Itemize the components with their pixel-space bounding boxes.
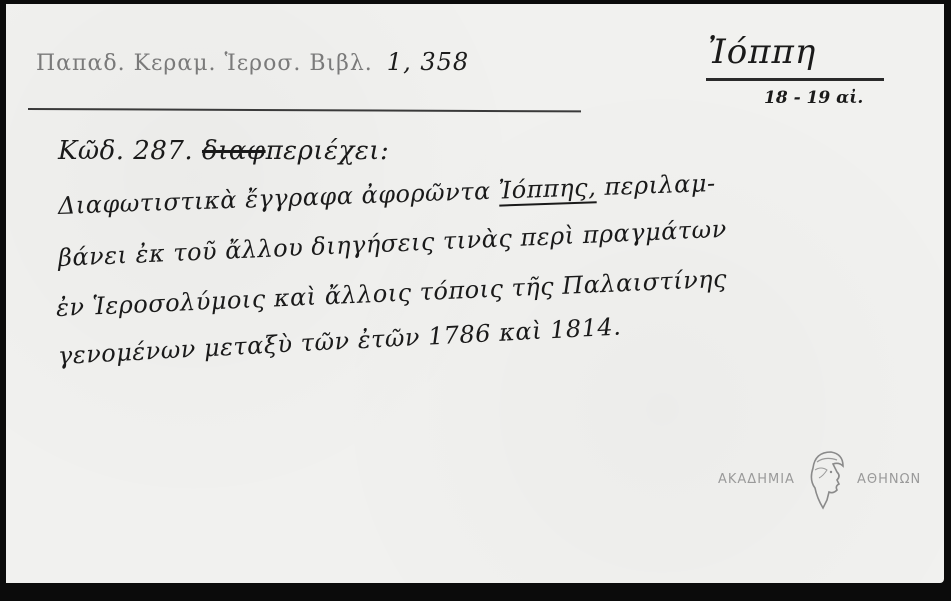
line-2-text: Διαφωτιστικὰ ἔγγραφα ἀφορῶντα [58, 177, 492, 220]
typed-bibliographic-reference: Παπαδ. Κεραμ. Ἱεροσ. Βιβλ. 1, 358 [36, 48, 469, 76]
card-heading: Ἰόππη [708, 32, 816, 72]
index-card: Παπαδ. Κεραμ. Ἱεροσ. Βιβλ. 1, 358 Ἰόππη … [6, 4, 944, 583]
line-1-rest: περιέχει: [266, 136, 390, 166]
body-line-1: Κῶδ. 287. διαφπεριέχει: [58, 136, 389, 166]
codex-number: Κῶδ. 287. [58, 136, 193, 166]
heading-underline [706, 78, 884, 81]
line-2-tail: περιλαμ- [604, 169, 716, 201]
date-range: 18 - 19 αἰ. [764, 88, 863, 108]
body-line-4: ἐν Ἱεροσολύμοις καὶ ἄλλοις τόποις τῆς Πα… [55, 265, 727, 322]
reference-underline [28, 108, 581, 112]
struck-word: διαφ [202, 136, 266, 166]
underlined-place-name: Ἰόππης, [498, 173, 596, 204]
volume-page-number: 1, 358 [387, 48, 469, 76]
body-line-2: Διαφωτιστικὰ ἔγγραφα ἀφορῶντα Ἰόππης, πε… [58, 169, 717, 220]
body-line-5: γενομένων μεταξὺ τῶν ἐτῶν 1786 καὶ 1814. [57, 313, 622, 370]
body-line-3: βάνει ἐκ τοῦ ἄλλου διηγήσεις τινὰς περὶ … [57, 215, 727, 272]
athena-head-icon [803, 448, 849, 510]
stamp-left-text: ΑΚΑΔΗΜΙΑ [718, 472, 795, 487]
typed-reference-text: Παπαδ. Κεραμ. Ἱεροσ. Βιβλ. [36, 51, 373, 76]
academy-of-athens-stamp: ΑΚΑΔΗΜΙΑ ΑΘΗΝΩΝ [718, 448, 921, 510]
stamp-right-text: ΑΘΗΝΩΝ [857, 472, 921, 487]
